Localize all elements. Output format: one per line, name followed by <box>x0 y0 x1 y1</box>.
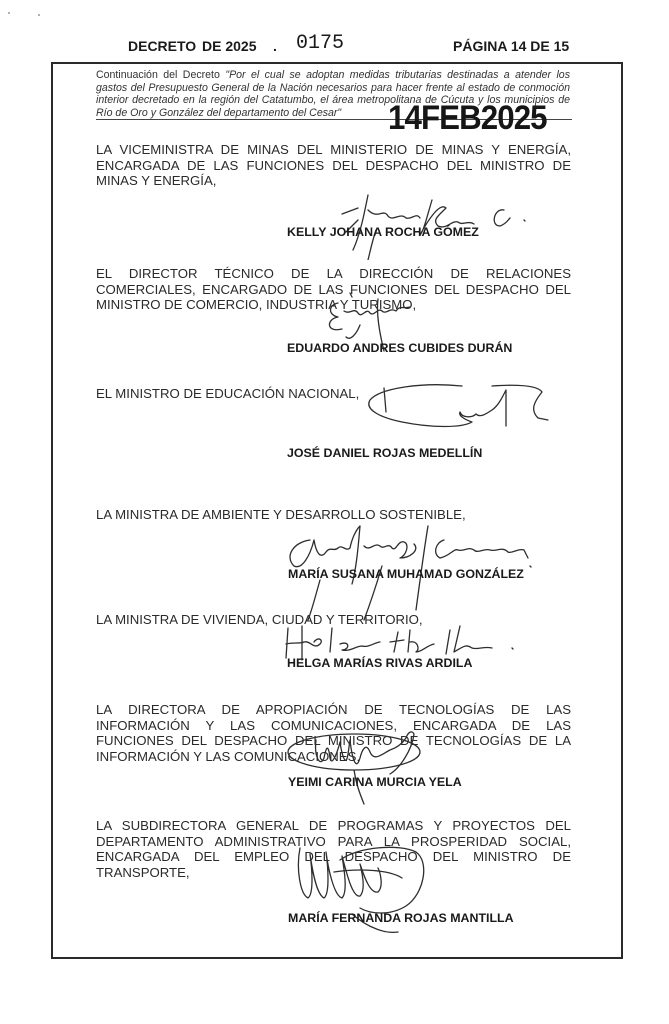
decree-label: DECRETO <box>128 38 196 54</box>
decree-number: 0175 <box>296 32 344 55</box>
signatory-name: EDUARDO ANDRES CUBIDES DURÁN <box>287 341 512 355</box>
signatory-role: LA SUBDIRECTORA GENERAL DE PROGRAMAS Y P… <box>96 818 571 880</box>
title-lead: Continuación del Decreto <box>96 69 225 81</box>
signatory-name: HELGA MARÍAS RIVAS ARDILA <box>287 656 472 670</box>
signatory-role: LA MINISTRA DE VIVIENDA, CIUDAD Y TERRIT… <box>96 612 571 628</box>
signatory-name: JOSÉ DANIEL ROJAS MEDELLÍN <box>287 446 482 460</box>
signatory-role: LA VICEMINISTRA DE MINAS DEL MINISTERIO … <box>96 142 571 189</box>
scan-speck <box>8 12 10 14</box>
page-number: PÁGINA 14 DE 15 <box>453 38 569 54</box>
signatory-role: LA MINISTRA DE AMBIENTE Y DESARROLLO SOS… <box>96 507 571 523</box>
signatory-role: LA DIRECTORA DE APROPIACIÓN DE TECNOLOGÍ… <box>96 702 571 764</box>
signatory-name: YEIMI CARINA MURCIA YELA <box>288 775 462 789</box>
signatory-name: KELLY JOHANA ROCHA GÓMEZ <box>287 225 479 239</box>
signatory-name: MARÍA SUSANA MUHAMAD GONZÁLEZ <box>288 567 524 581</box>
signatory-name: MARÍA FERNANDA ROJAS MANTILLA <box>288 911 514 925</box>
signatory-role: EL MINISTRO DE EDUCACIÓN NACIONAL, <box>96 386 571 402</box>
page-header: DECRETO DE 2025 . 0175 PÁGINA 14 DE 15 <box>0 36 669 58</box>
decree-year: DE 2025 <box>202 38 256 54</box>
header-dot: . <box>273 38 277 54</box>
date-stamp: 14FEB2025 <box>388 100 547 136</box>
scan-speck <box>38 14 40 16</box>
signatory-role: EL DIRECTOR TÉCNICO DE LA DIRECCIÓN DE R… <box>96 266 571 313</box>
